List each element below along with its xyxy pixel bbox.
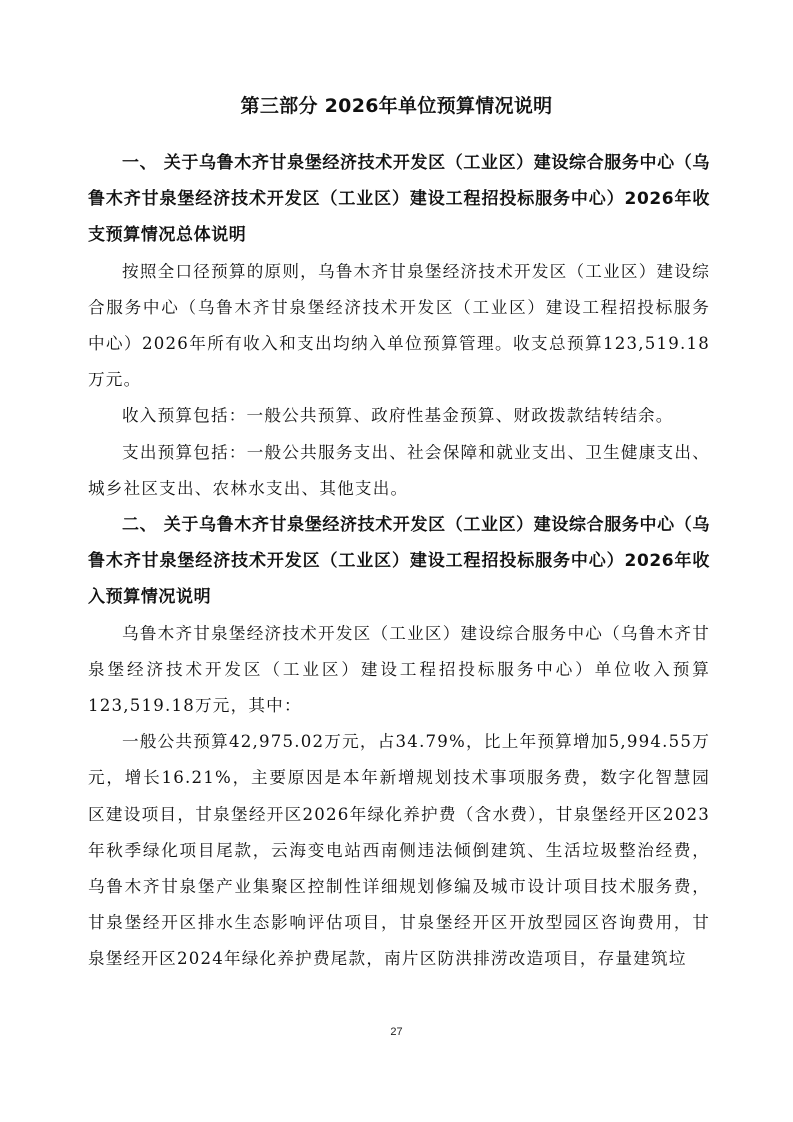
- document-page: 第三部分 2026年单位预算情况说明 一、 关于乌鲁木齐甘泉堡经济技术开发区（工…: [0, 0, 793, 1122]
- section-heading: 一、 关于乌鲁木齐甘泉堡经济技术开发区（工业区）建设综合服务中心（乌鲁木齐甘泉堡…: [88, 145, 710, 254]
- page-title: 第三部分 2026年单位预算情况说明: [0, 92, 793, 120]
- paragraph: 乌鲁木齐甘泉堡经济技术开发区（工业区）建设综合服务中心（乌鲁木齐甘泉堡经济技术开…: [88, 616, 710, 725]
- section-heading: 二、 关于乌鲁木齐甘泉堡经济技术开发区（工业区）建设综合服务中心（乌鲁木齐甘泉堡…: [88, 507, 710, 616]
- section-1: 一、 关于乌鲁木齐甘泉堡经济技术开发区（工业区）建设综合服务中心（乌鲁木齐甘泉堡…: [88, 145, 710, 507]
- paragraph: 按照全口径预算的原则，乌鲁木齐甘泉堡经济技术开发区（工业区）建设综合服务中心（乌…: [88, 254, 710, 399]
- paragraph: 一般公共预算42,975.02万元，占34.79%，比上年预算增加5,994.5…: [88, 724, 710, 977]
- paragraph: 支出预算包括：一般公共服务支出、社会保障和就业支出、卫生健康支出、城乡社区支出、…: [88, 435, 710, 507]
- section-2: 二、 关于乌鲁木齐甘泉堡经济技术开发区（工业区）建设综合服务中心（乌鲁木齐甘泉堡…: [88, 507, 710, 978]
- document-body: 一、 关于乌鲁木齐甘泉堡经济技术开发区（工业区）建设综合服务中心（乌鲁木齐甘泉堡…: [88, 145, 710, 978]
- page-number: 27: [0, 1024, 793, 1040]
- paragraph: 收入预算包括：一般公共预算、政府性基金预算、财政拨款结转结余。: [88, 398, 710, 434]
